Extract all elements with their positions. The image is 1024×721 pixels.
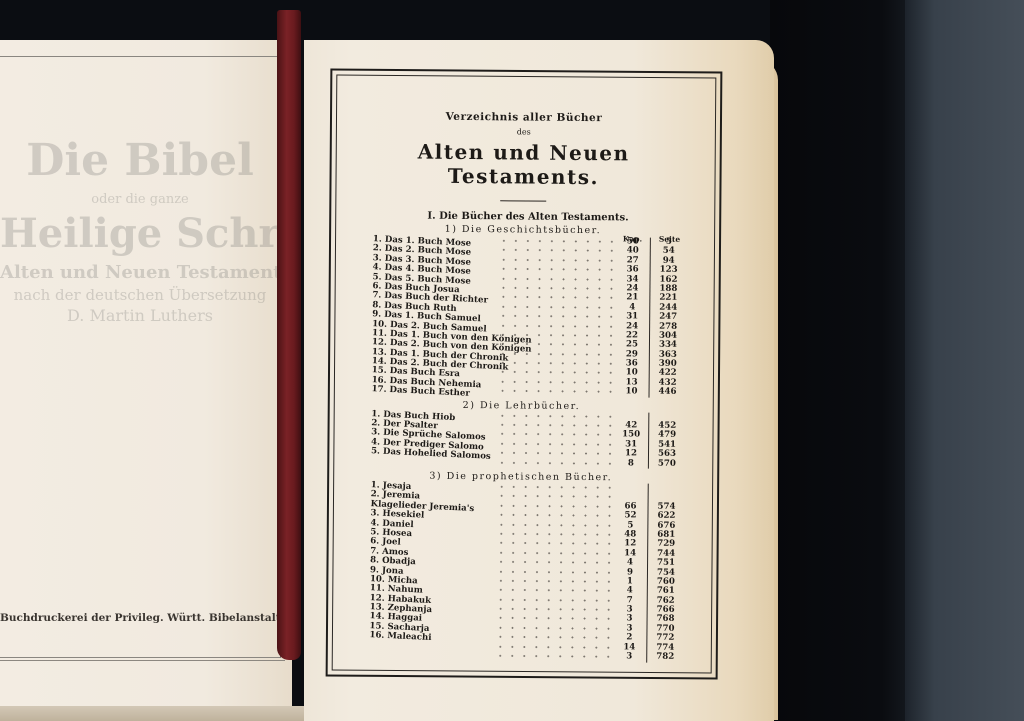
left-page-bottom-edge [0, 706, 304, 721]
dot-leader [495, 604, 615, 614]
dot-leader [496, 448, 616, 458]
dot-leader [498, 246, 618, 256]
dot-leader [494, 632, 614, 642]
dot-leader [497, 377, 617, 387]
dot-leader [495, 576, 615, 586]
dot-leader [496, 458, 616, 468]
page-number: 570 [653, 459, 681, 469]
dot-leader [497, 340, 617, 350]
dot-leader [498, 236, 618, 246]
part-heading: I. Die Bücher des Alten Testaments. [353, 210, 693, 224]
dot-leader [497, 274, 617, 284]
bleed-through-line: nach der deutschen Übersetzung [0, 286, 280, 304]
dot-leader [496, 492, 616, 502]
dot-leader [496, 420, 616, 430]
dot-leader [496, 439, 616, 449]
dot-leader [497, 349, 617, 359]
toc-connector: des [354, 126, 694, 138]
dot-leader [498, 255, 618, 265]
dot-leader [495, 510, 615, 520]
page-number: 446 [654, 388, 682, 398]
dot-leader [498, 264, 618, 274]
dot-leader [494, 642, 614, 652]
dot-leader [495, 548, 615, 558]
dot-leader [497, 368, 617, 378]
dot-leader [497, 358, 617, 368]
section-list: 1. Jesaja2. JeremiaKlagelieder Jeremia's… [349, 481, 691, 662]
toc-entry: 8570 [351, 457, 691, 469]
dot-leader [495, 567, 615, 577]
dot-leader [494, 651, 614, 661]
dot-leader [495, 557, 615, 567]
dot-leader [497, 321, 617, 331]
bleed-through-line: Heilige Schrift [0, 210, 280, 257]
bleed-through-line: D. Martin Luthers [0, 306, 280, 325]
dot-leader [496, 430, 616, 440]
dot-leader [495, 614, 615, 624]
dot-leader [496, 482, 616, 492]
title-divider [500, 200, 546, 201]
bookmark-ribbon[interactable] [277, 10, 301, 660]
dot-leader [495, 586, 615, 596]
dot-leader [495, 529, 615, 539]
dot-leader [497, 302, 617, 312]
toc-entry: 17. Das Buch Esther10446 [352, 385, 692, 397]
dot-leader [497, 387, 617, 397]
left-page-rule [0, 660, 285, 661]
chapter-count: 8 [619, 459, 643, 469]
book-name: 17. Das Buch Esther [371, 385, 470, 399]
dot-leader [494, 623, 614, 633]
chapter-count: 10 [620, 388, 644, 398]
section-list: 1. Das Buch Hiob2. Der Psalter424523. Di… [351, 410, 691, 469]
dot-leader [496, 411, 616, 421]
toc-subtitle: Verzeichnis aller Bücher [354, 110, 694, 125]
section-list: 1. Das 1. Buch Mose5052. Das 2. Buch Mos… [352, 235, 693, 398]
printer-imprint: Buchdruckerei der Privileg. Württ. Bibel… [0, 612, 280, 624]
dot-leader [497, 293, 617, 303]
left-page: Die Bibel oder die ganze Heilige Schrift… [0, 40, 292, 721]
dot-leader [495, 539, 615, 549]
bleed-through-title: Die Bibel [0, 135, 280, 186]
dot-leader [495, 595, 615, 605]
bleed-through-line: Alten und Neuen Testaments [0, 262, 280, 283]
dot-leader [496, 501, 616, 511]
toc-title: Alten und Neuen Testaments. [353, 139, 693, 190]
page-number: 782 [651, 653, 679, 663]
table-of-contents: Verzeichnis aller Bücher des Alten und N… [349, 110, 694, 662]
dot-leader [495, 520, 615, 530]
dot-leader [497, 283, 617, 293]
dot-leader [497, 311, 617, 321]
bleed-through-line: oder die ganze [0, 192, 280, 207]
dot-leader [497, 330, 617, 340]
background-surface [905, 0, 1024, 721]
chapter-count: 3 [617, 652, 641, 662]
